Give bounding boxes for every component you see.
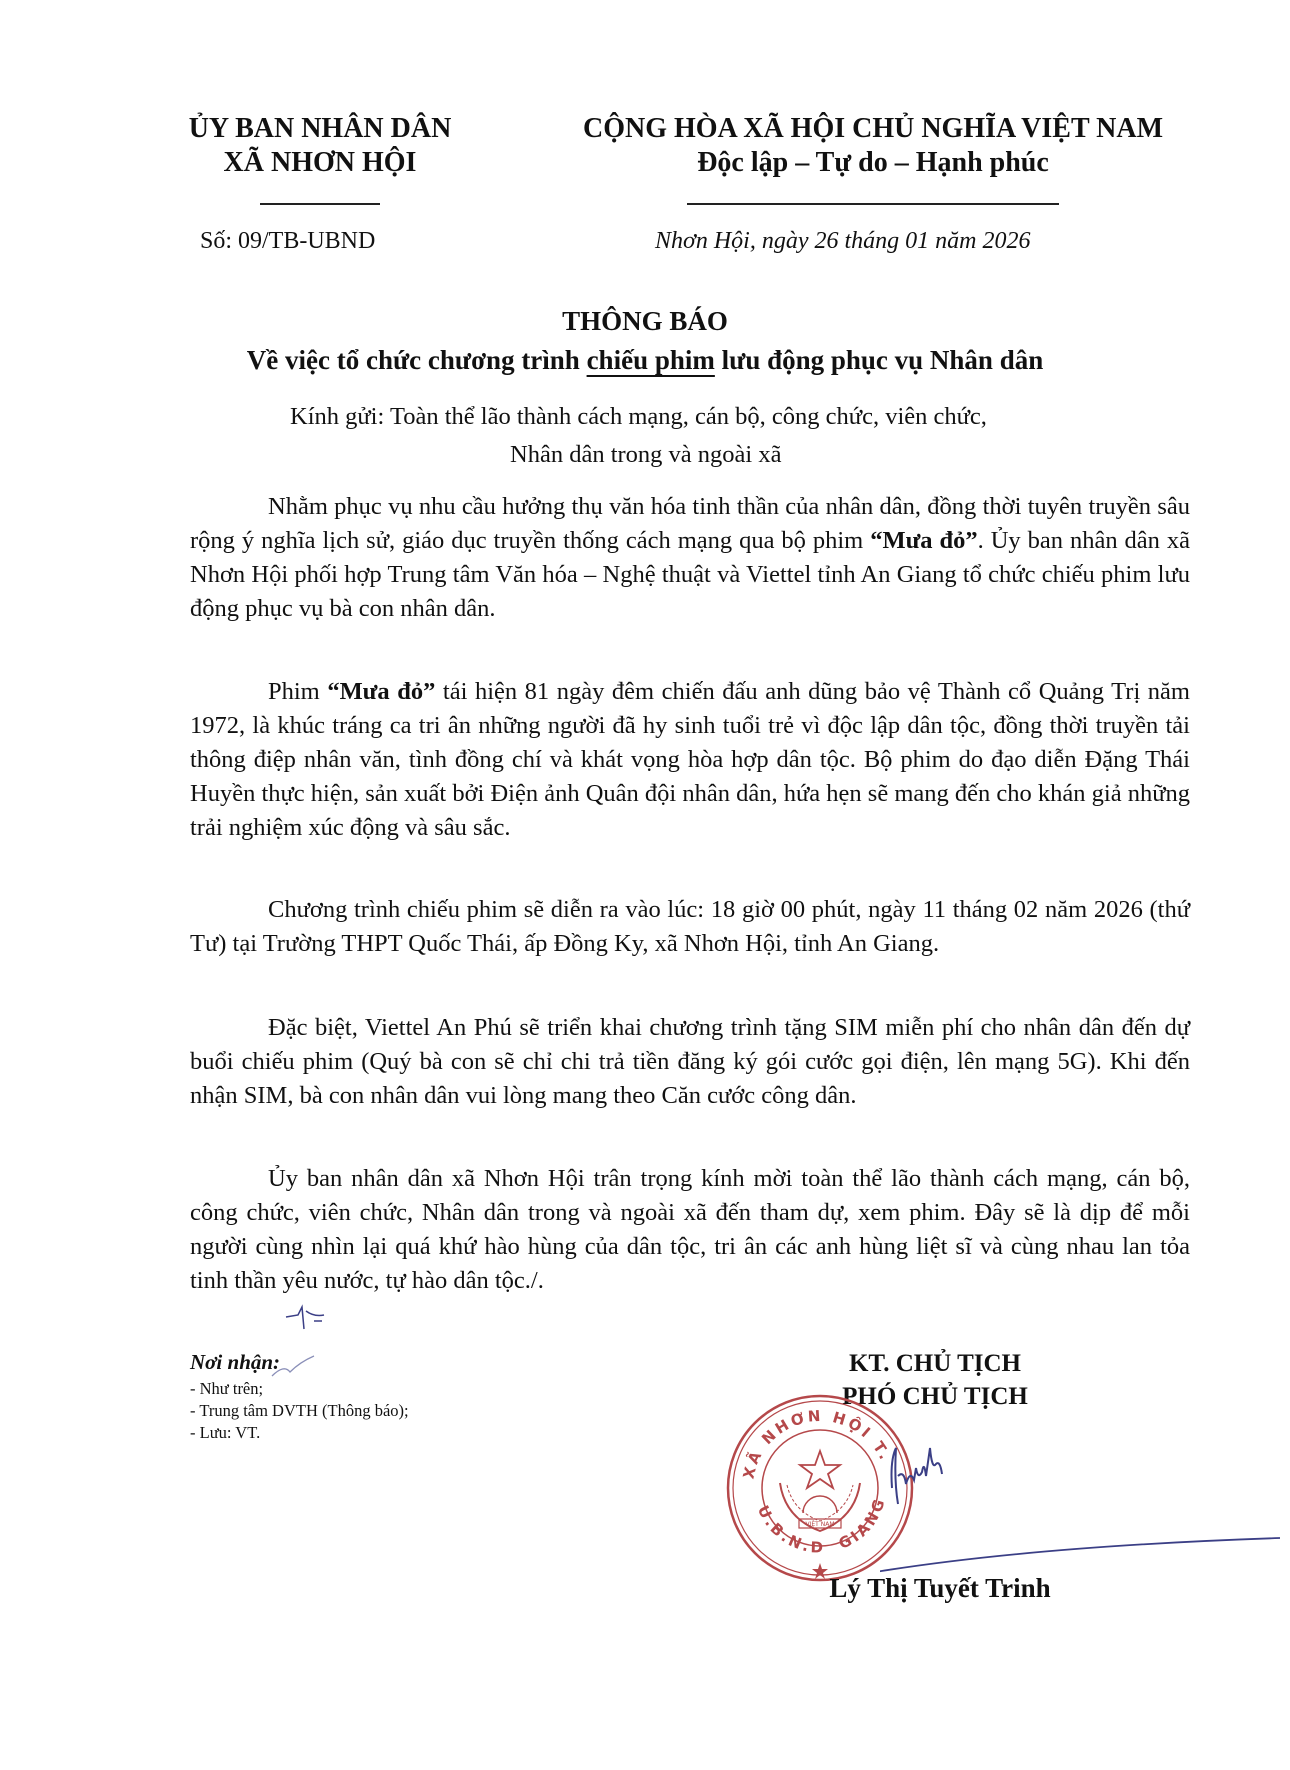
paragraph-intro: Nhằm phục vụ nhu cầu hưởng thụ văn hóa t… [190,490,1190,626]
document-title: THÔNG BÁO [0,306,1290,337]
recipient-item: - Lưu: VT. [190,1422,409,1444]
recipient-item: - Trung tâm DVTH (Thông báo); [190,1400,409,1422]
paragraph-sim: Đặc biệt, Viettel An Phú sẽ triển khai c… [190,1011,1190,1113]
authority-line2: XÃ NHƠN HỘI [160,146,480,180]
national-motto: CỘNG HÒA XÃ HỘI CHỦ NGHĨA VIỆT NAM Độc l… [548,112,1198,214]
handwritten-initial-icon [284,1303,344,1333]
signature-title-line1: KT. CHỦ TỊCH [800,1347,1070,1380]
authority-line1: ỦY BAN NHÂN DÂN [160,112,480,146]
document-number: Số: 09/TB-UBND [200,228,375,255]
addressee: Kính gửi: Toàn thể lão thành cách mạng, … [290,398,1210,474]
paragraph-invitation: Ủy ban nhân dân xã Nhơn Hội trân trọng k… [190,1162,1190,1298]
addressee-line2: Nhân dân trong và ngoài xã [290,436,1210,474]
film-title: “Mưa đỏ” [870,527,977,554]
recipients-list: - Như trên; - Trung tâm DVTH (Thông báo)… [190,1378,409,1444]
country-name: CỘNG HÒA XÃ HỘI CHỦ NGHĨA VIỆT NAM [548,112,1198,146]
motto: Độc lập – Tự do – Hạnh phúc [548,146,1198,180]
film-title: “Mưa đỏ” [327,678,435,705]
paragraph-schedule: Chương trình chiếu phim sẽ diễn ra vào l… [190,893,1190,961]
place-date: Nhơn Hội, ngày 26 tháng 01 năm 2026 [655,228,1030,255]
paragraph-film: Phim “Mưa đỏ” tái hiện 81 ngày đêm chiến… [190,675,1190,845]
authority-underline [260,203,380,205]
document-subtitle: Về việc tổ chức chương trình chiếu phim … [0,345,1290,376]
addressee-line1: Kính gửi: Toàn thể lão thành cách mạng, … [290,403,987,430]
recipients-title: Nơi nhận: [190,1350,280,1375]
signer-name: Lý Thị Tuyết Trinh [790,1573,1090,1604]
recipient-item: - Như trên; [190,1378,409,1400]
svg-text:VIỆT NAM: VIỆT NAM [805,1520,834,1528]
motto-underline [687,203,1059,205]
issuing-authority: ỦY BAN NHÂN DÂN XÃ NHƠN HỘI [160,112,480,214]
